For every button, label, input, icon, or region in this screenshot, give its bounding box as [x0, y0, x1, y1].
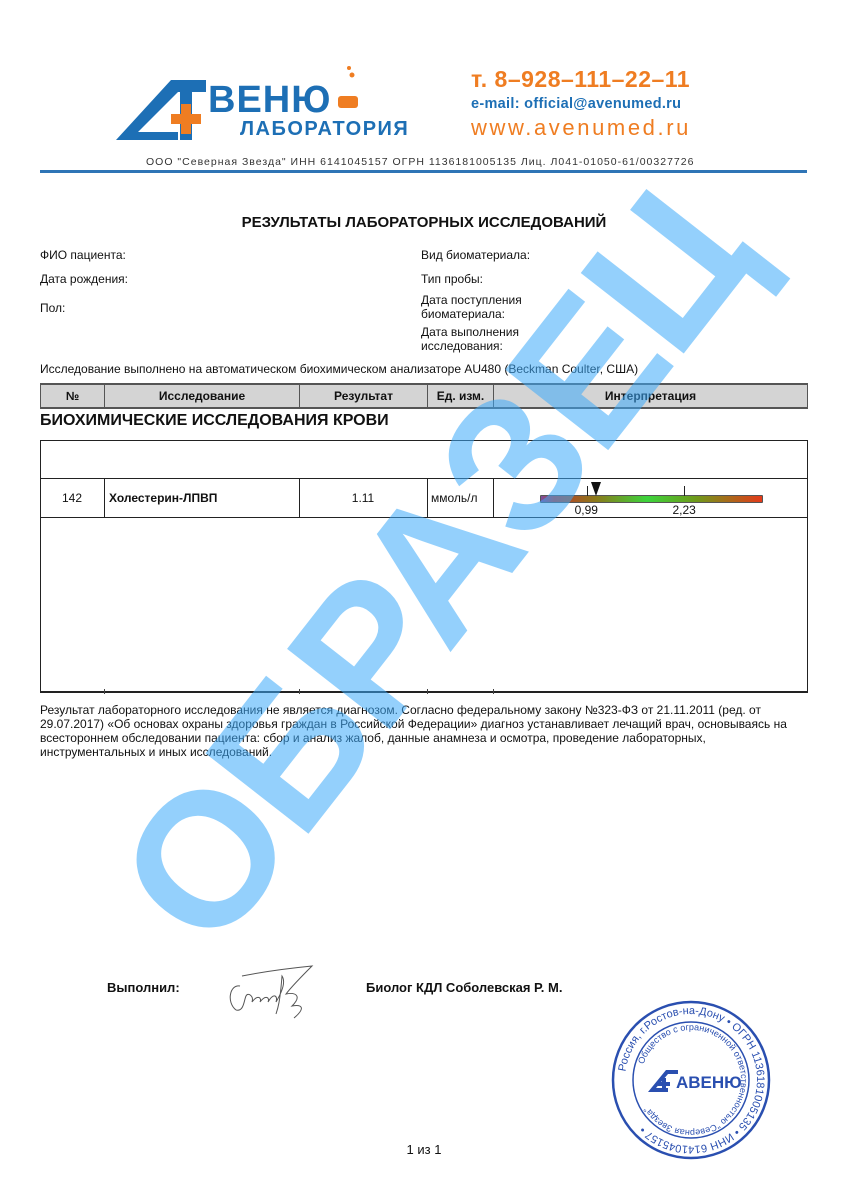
row-number: 142	[40, 478, 104, 518]
analyzer-note: Исследование выполнено на автоматическом…	[40, 362, 638, 376]
reference-high-label: 2,23	[672, 503, 695, 517]
row-test-name: Холестерин-ЛПВП	[109, 478, 217, 518]
svg-text:АВЕНЮ: АВЕНЮ	[676, 1073, 742, 1092]
sex-label: Пол:	[40, 301, 65, 315]
biomaterial-type-label: Вид биоматериала:	[421, 248, 530, 262]
patient-name-label: ФИО пациента:	[40, 248, 126, 262]
col-result: Результат	[300, 385, 428, 407]
receipt-date-label-line2: биоматериала:	[421, 307, 522, 321]
handwritten-signature-icon	[222, 962, 322, 1022]
col-tick	[427, 689, 428, 694]
disclaimer-note: Результат лабораторного исследования не …	[40, 703, 810, 759]
round-seal-icon: Россия, г.Ростов-на-Дону • ОГРН 11361810…	[608, 1000, 774, 1160]
legal-details: ООО "Северная Звезда" ИНН 6141045157 ОГР…	[146, 156, 694, 168]
contact-phone: т. 8–928–111–22–11	[471, 66, 690, 93]
test-date-label-line1: Дата выполнения	[421, 325, 519, 339]
svg-text:ВЕНЮ: ВЕНЮ	[208, 79, 331, 121]
result-pointer-icon	[591, 482, 601, 496]
reference-high-tick	[684, 486, 685, 496]
reference-low-label: 0,99	[575, 503, 598, 517]
reference-range-gauge	[540, 495, 763, 503]
reference-low-tick	[587, 486, 588, 496]
receipt-date-label-line1: Дата поступления	[421, 293, 522, 307]
row-unit: ммоль/л	[431, 478, 478, 518]
section-title: БИОХИМИЧЕСКИЕ ИССЛЕДОВАНИЯ КРОВИ	[40, 412, 389, 430]
results-table-header: № Исследование Результат Ед. изм. Интерп…	[40, 383, 808, 409]
signer-name: Биолог КДЛ Соболевская Р. М.	[366, 980, 562, 995]
logo-subtitle: ЛАБОРАТОРИЯ	[240, 118, 409, 141]
col-tick	[104, 689, 105, 694]
col-divider	[427, 478, 428, 518]
row-result: 1.11	[299, 478, 427, 518]
col-number: №	[41, 385, 105, 407]
col-tick	[493, 689, 494, 694]
contact-email: e-mail: official@avenumed.ru	[471, 96, 681, 112]
col-interpretation: Интерпретация	[494, 385, 807, 407]
receipt-date-label: Дата поступления биоматериала:	[421, 293, 522, 321]
col-divider	[104, 478, 105, 518]
header-divider	[40, 170, 807, 173]
col-tick	[299, 689, 300, 694]
col-unit: Ед. изм.	[428, 385, 494, 407]
company-stamp: Россия, г.Ростов-на-Дону • ОГРН 11361810…	[608, 1000, 774, 1160]
birth-date-label: Дата рождения:	[40, 272, 128, 286]
contact-website: www.avenumed.ru	[471, 115, 691, 141]
signature-image	[222, 962, 322, 1022]
col-test: Исследование	[105, 385, 300, 407]
performed-by-label: Выполнил:	[107, 980, 180, 995]
test-date-label: Дата выполнения исследования:	[421, 325, 519, 353]
document-title: РЕЗУЛЬТАТЫ ЛАБОРАТОРНЫХ ИССЛЕДОВАНИЙ	[0, 214, 848, 231]
col-divider	[493, 478, 494, 518]
test-date-label-line2: исследования:	[421, 339, 519, 353]
page-indicator: 1 из 1	[0, 1142, 848, 1157]
sample-type-label: Тип пробы:	[421, 272, 483, 286]
